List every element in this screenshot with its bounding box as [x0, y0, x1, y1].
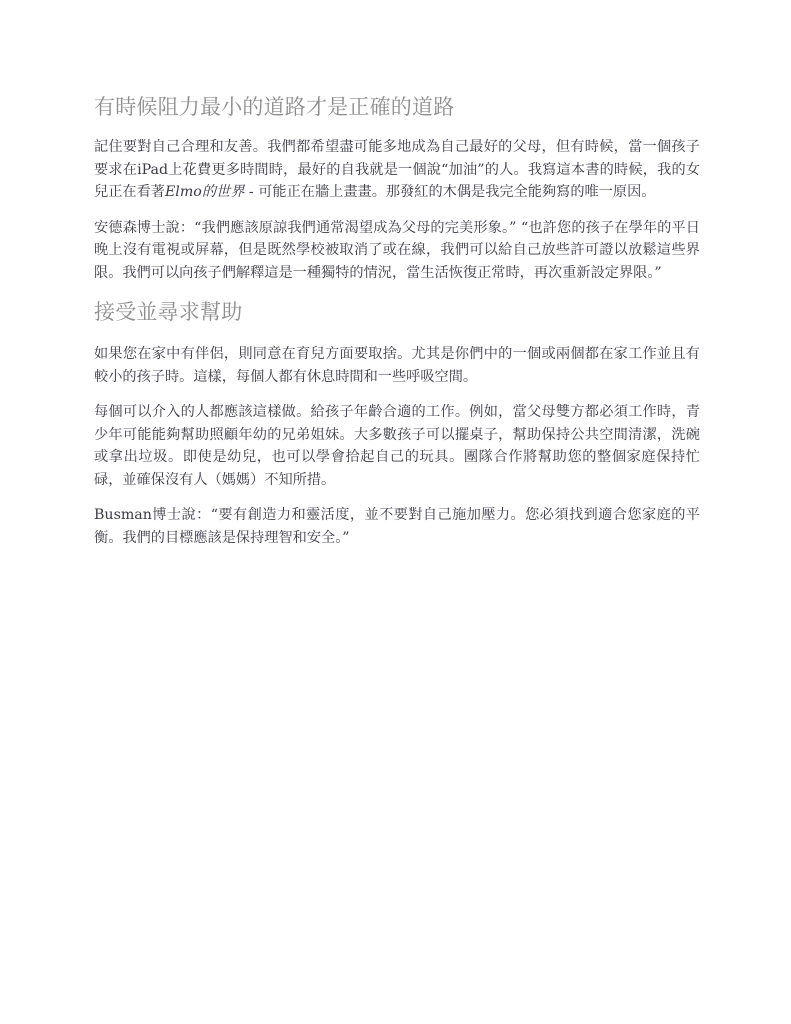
paragraph-partner-tradeoffs: 如果您在家中有伴侶，則同意在育兒方面要取捨。尤其是你們中的一個或兩個都在家工作並… — [94, 343, 700, 388]
paragraph-everyone-helps: 每個可以介入的人都應該這樣做。給孩子年齡合適的工作。例如，當父母雙方都必須工作時… — [94, 401, 700, 491]
paragraph-anderson-quote: 安德森博士說：“我們應該原諒我們通常渴望成為父母的完美形象。” “也許您的孩子在… — [94, 217, 700, 285]
section-heading-accept-help: 接受並尋求幫助 — [94, 297, 700, 327]
show-title-italic: Elmo的世界 — [165, 184, 244, 200]
paragraph-busman-quote: Busman博士說：“要有創造力和靈活度，並不要對自己施加壓力。您必須找到適合您… — [94, 504, 700, 549]
section-heading-path-of-least-resistance: 有時候阻力最小的道路才是正確的道路 — [94, 92, 700, 122]
paragraph-be-kind-to-yourself: 記住要對自己合理和友善。我們都希望盡可能多地成為自己最好的父母，但有時候，當一個… — [94, 136, 700, 204]
document-page: 有時候阻力最小的道路才是正確的道路 記住要對自己合理和友善。我們都希望盡可能多地… — [94, 92, 700, 562]
paragraph-text: - 可能正在牆上畫畫。那發紅的木偶是我完全能夠寫的唯一原因。 — [244, 184, 655, 200]
